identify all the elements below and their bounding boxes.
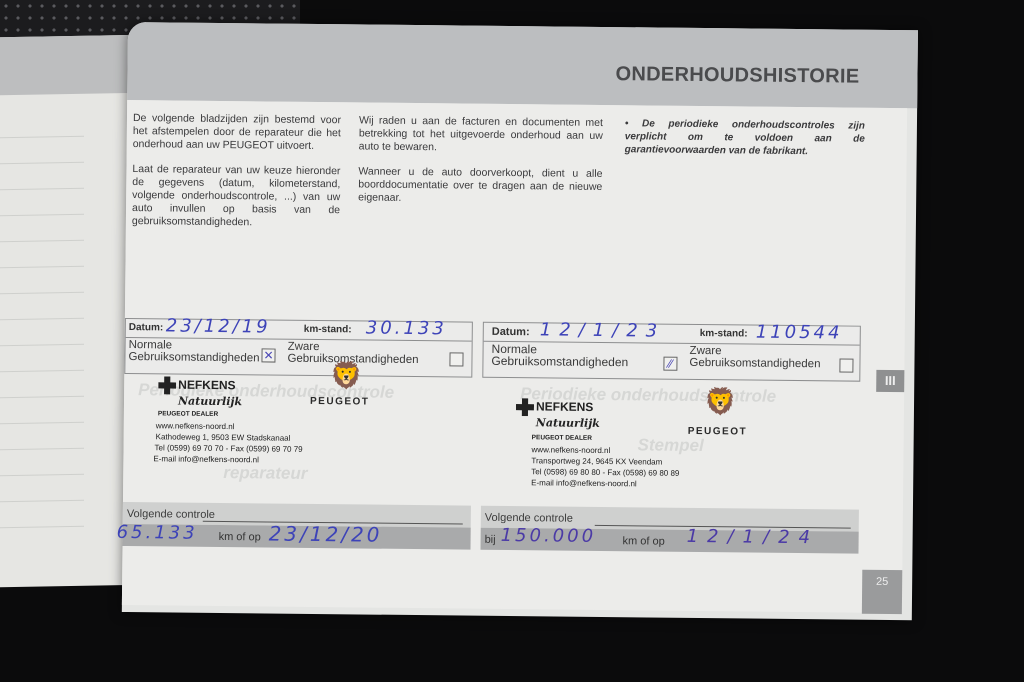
page-number: 25 (862, 570, 902, 614)
nefkens-tagline: Natuurlijk (536, 416, 600, 430)
intro-paragraph: De volgende bladzijden zijn bestemd voor… (133, 112, 341, 153)
normal-usage-checkbox[interactable]: ⁄⁄ (663, 357, 677, 371)
dealer-type: PEUGEOT DEALER (158, 408, 218, 420)
km-label: km-stand: (304, 324, 352, 335)
ruled-line (0, 214, 84, 216)
left-page-header-band (0, 35, 140, 95)
intro-column-1: De volgende bladzijden zijn bestemd voor… (132, 112, 341, 242)
handwritten-next-km: 65.133 (117, 522, 198, 544)
handwritten-date: 12/1/23 (540, 319, 666, 341)
nefkens-cross-icon (516, 398, 534, 416)
heavy-usage-label: Zware Gebruiksomstandigheden (689, 345, 849, 371)
handwritten-km: 110544 (756, 322, 843, 344)
maintenance-record-2: Datum: 12/1/23 km-stand: 110544 Normale … (480, 322, 861, 578)
handwritten-next-date: 23/12/20 (269, 522, 383, 547)
normal-usage-label: Normale Gebruiksomstandigheden (491, 343, 651, 369)
heavy-usage-checkbox[interactable] (449, 352, 463, 366)
ruled-line (0, 136, 84, 138)
dealer-stamp: Periodieke onderhoudscontrole reparateur… (123, 374, 472, 502)
watermark-repairer: reparateur (223, 463, 307, 484)
next-check-label: Volgende controle (127, 508, 215, 521)
watermark-stamp: Stempel (637, 435, 703, 456)
normal-usage-label: Normale Gebruiksomstandigheden (128, 339, 248, 364)
ruled-line (0, 162, 84, 164)
ruled-line (0, 396, 84, 398)
km-label: km-stand: (700, 328, 748, 339)
intro-column-2: Wij raden u aan de facturen en documente… (358, 114, 603, 219)
record-date-row: Datum: 12/1/23 km-stand: 110544 (484, 323, 860, 346)
km-or-on-label: km of op (219, 531, 261, 543)
handwritten-km: 30.133 (366, 318, 447, 340)
peugeot-wordmark: PEUGEOT (688, 426, 748, 438)
left-page-notes (0, 35, 140, 587)
maintenance-history-page: ONDERHOUDSHISTORIE De volgende bladzijde… (122, 22, 918, 620)
warranty-note: • De periodieke onderhoudscontroles zijn… (625, 117, 865, 159)
next-check-values-row: 65.133 km of op 23/12/20 (123, 524, 471, 550)
dealer-email: E-mail info@nefkens-noord.nl (153, 453, 259, 465)
ruled-line (0, 318, 84, 320)
dealer-type: PEUGEOT DEALER (532, 432, 592, 444)
ruled-line (0, 292, 84, 294)
peugeot-lion-icon: 🦁 (704, 386, 737, 417)
record-header-box: Datum: 12/1/23 km-stand: 110544 Normale … (482, 322, 861, 382)
dealer-email: E-mail info@nefkens-noord.nl (531, 477, 637, 489)
dealer-stamp: Periodieke onderhoudscontrole Stempel NE… (481, 378, 860, 506)
ruled-line (0, 448, 84, 450)
intro-column-3: • De periodieke onderhoudscontroles zijn… (624, 117, 865, 171)
nefkens-logo: NEFKENS Natuurlijk (158, 376, 242, 408)
record-date-row: Datum: 23/12/19 km-stand: 30.133 (126, 319, 472, 342)
nefkens-tagline: Natuurlijk (178, 395, 242, 409)
ruled-line (0, 188, 84, 190)
peugeot-lion-icon: 🦁 (330, 360, 363, 391)
heavy-usage-checkbox[interactable] (839, 358, 853, 372)
date-label: Datum: (492, 326, 530, 338)
intro-paragraph: Wij raden u aan de facturen en documente… (359, 114, 603, 156)
intro-paragraph: Wanneer u de auto doorverkoopt, dient u … (358, 165, 602, 207)
ruled-line (0, 474, 84, 476)
ruled-line (0, 344, 84, 346)
record-header-box: Datum: 23/12/19 km-stand: 30.133 Normale… (124, 318, 473, 378)
date-label: Datum: (129, 322, 164, 333)
nefkens-logo: NEFKENS Natuurlijk (516, 398, 600, 430)
nefkens-cross-icon (158, 376, 176, 394)
normal-usage-checkbox[interactable]: ✕ (261, 348, 275, 362)
handwritten-next-date: 12/1/24 (687, 526, 820, 548)
at-label: bij (485, 534, 496, 546)
maintenance-record-1: Datum: 23/12/19 km-stand: 30.133 Normale… (122, 318, 473, 574)
page-title: ONDERHOUDSHISTORIE (615, 63, 859, 89)
ruled-line (0, 370, 84, 372)
heavy-usage-label: Zware Gebruiksomstandigheden (287, 341, 447, 367)
dealer-website: www.nefkens-noord.nl (156, 420, 235, 432)
intro-paragraph: Laat de reparateur van uw keuze hieronde… (132, 163, 341, 230)
dealer-website: www.nefkens-noord.nl (531, 444, 610, 456)
next-check-values-row: bij 150.000 km of op 12/1/24 (480, 528, 858, 554)
next-check-label: Volgende controle (485, 512, 573, 525)
handwritten-date: 23/12/19 (166, 315, 271, 337)
peugeot-wordmark: PEUGEOT (310, 396, 370, 408)
ruled-line (0, 500, 84, 502)
section-tab: III (876, 370, 904, 392)
ruled-line (0, 240, 84, 242)
handwritten-next-km: 150.000 (501, 525, 597, 547)
ruled-line (0, 266, 84, 268)
ruled-line (0, 526, 84, 528)
km-or-on-label: km of op (623, 535, 665, 547)
ruled-line (0, 422, 84, 424)
